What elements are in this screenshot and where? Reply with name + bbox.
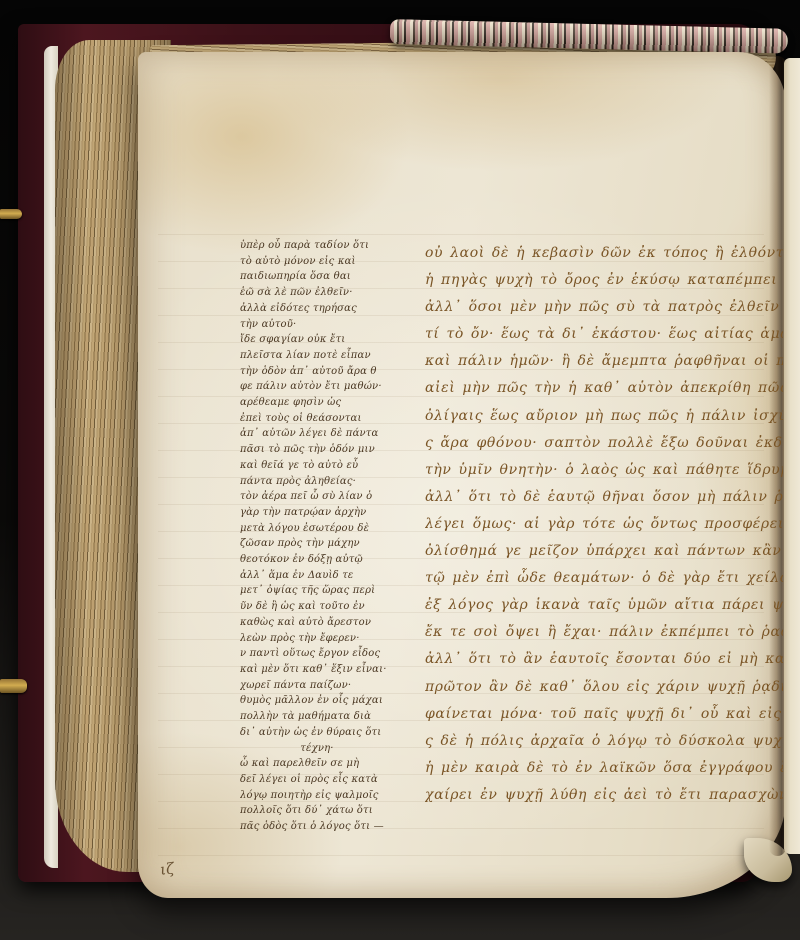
marginalia: [0, 0, 800, 940]
quire-signature: ιζ: [159, 859, 175, 879]
manuscript-photo: Οὑπὲρ οὗ παρὰ ταδίον ὅτιτὸ αὐτὸ μόνον εἰ…: [0, 0, 800, 940]
